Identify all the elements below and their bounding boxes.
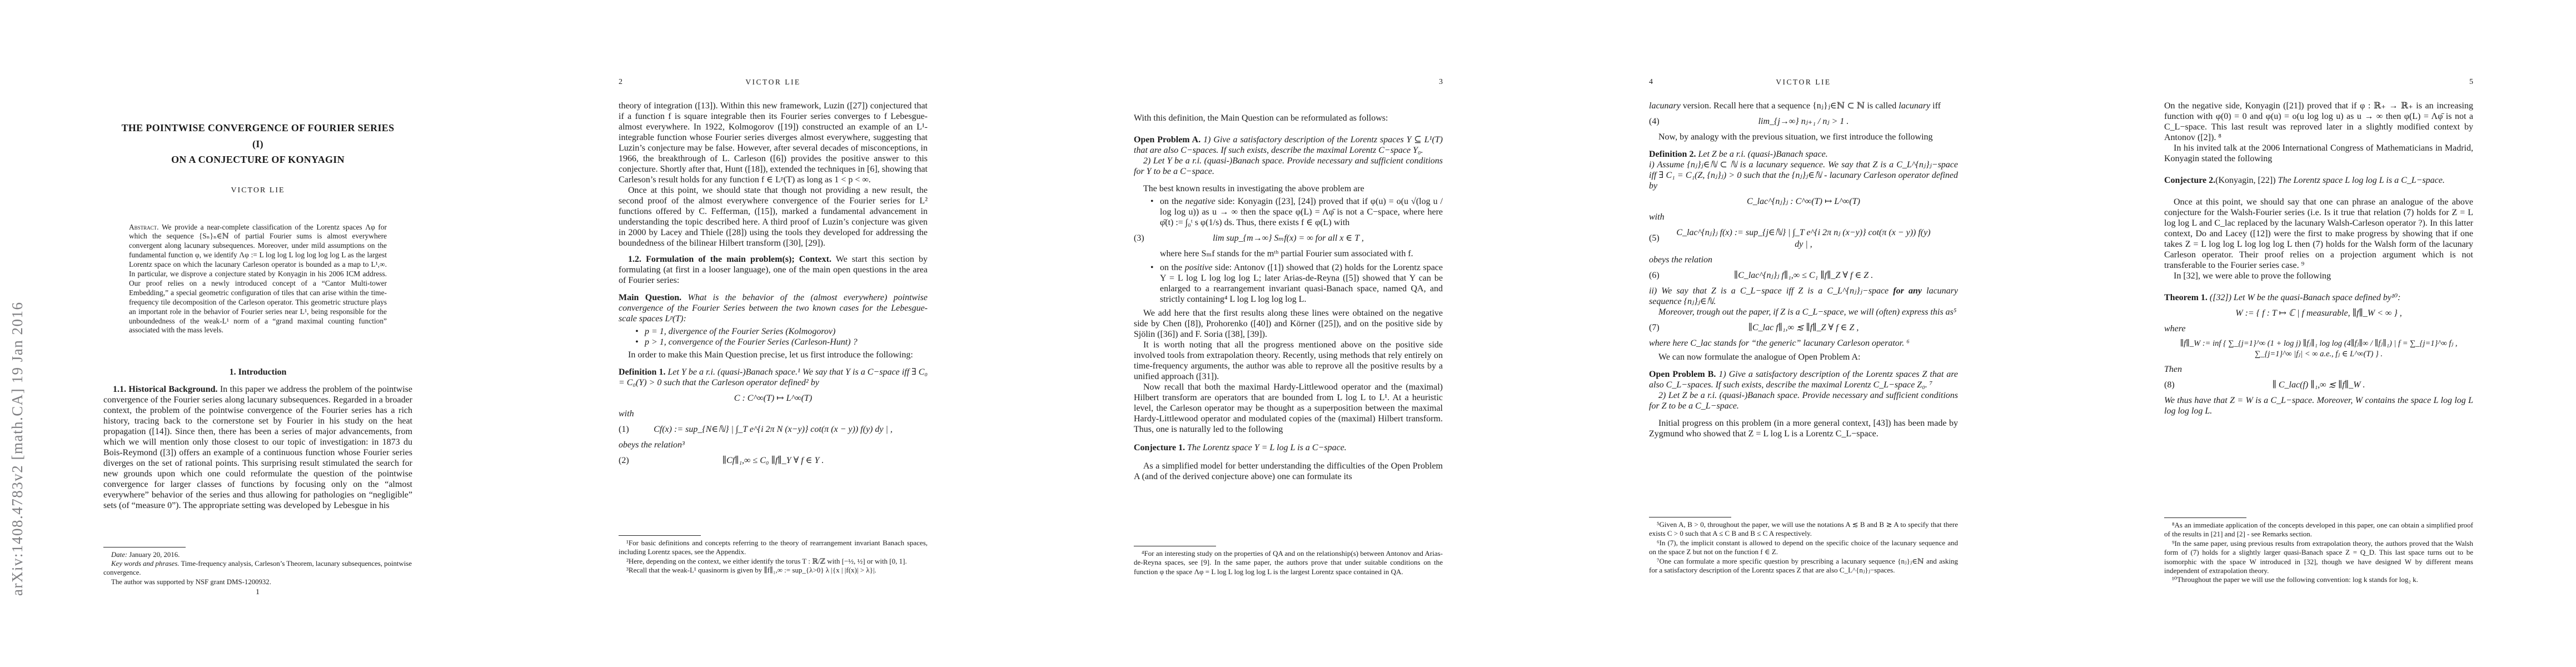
para-with-this-definition: With this definition, the Main Question … xyxy=(1134,113,1443,123)
para-theory-of-integration: theory of integration ([13]). Within thi… xyxy=(619,101,928,185)
lacunary-end: iff xyxy=(1930,101,1941,111)
equation-w-definition-body: W := { f : T ↦ ℂ | f measurable, ∥f∥_W <… xyxy=(2164,307,2473,319)
equation-3-body: lim sup_{m→∞} Sₘf(x) = ∞ for all x ∈ T , xyxy=(1134,232,1443,244)
bullet-positive-em: positive xyxy=(1185,263,1213,272)
equation-6: (6)∥C_lac^{nⱼ}ⱼ f∥₁,∞ ≤ C₁ ∥f∥_Z ∀ f ∈ Z… xyxy=(1649,270,1958,281)
arxiv-stamp: arXiv:1408.4783v2 [math.CA] 19 Jan 2016 xyxy=(9,302,26,596)
lacunary-em-2: lacunary xyxy=(1899,101,1930,111)
equation-8: (8)∥ C_lac(f) ∥₁,∞ ≲ ∥f∥_W . xyxy=(2164,379,2473,391)
equation-carleson-map-body: C : C^∞(T) ↦ L^∞(T) xyxy=(619,392,928,404)
word-then: Then xyxy=(2164,364,2473,375)
equation-4-number: (4) xyxy=(1649,117,1660,127)
bullet-negative-em: negative xyxy=(1185,197,1215,206)
results-bullets: on the negative side: Konyagin ([23], [2… xyxy=(1134,196,1443,305)
bullet-positive-side: on the positive side: Antonov ([1]) show… xyxy=(1150,262,1443,305)
subsection-1-1-text: In this paper we address the problem of … xyxy=(103,385,412,510)
open-problem-b: Open Problem B. 1) Give a satisfactory d… xyxy=(1649,369,1958,390)
page-3: 3 With this definition, the Main Questio… xyxy=(1030,0,1546,667)
equation-6-body: ∥C_lac^{nⱼ}ⱼ f∥₁,∞ ≤ C₁ ∥f∥_Z ∀ f ∈ Z . xyxy=(1649,270,1958,281)
equation-1: (1)Cf(x) := sup_{N∈ℕ} | ∫_T e^{i 2π N (x… xyxy=(619,424,928,435)
para-best-known-results: The best known results in investigating … xyxy=(1134,183,1443,194)
page-number-1: 1 xyxy=(0,588,515,597)
para-we-can-now-formulate: We can now formulate the analogue of Ope… xyxy=(1649,352,1958,362)
equation-8-body: ∥ C_lac(f) ∥₁,∞ ≲ ∥f∥_W . xyxy=(2164,379,2473,391)
keywords-line: Key words and phrases. Time-frequency an… xyxy=(103,559,412,577)
para-initial-progress: Initial progress on this problem (in a m… xyxy=(1649,418,1958,439)
footnote-6: ⁶In (7), the implicit constant is allowe… xyxy=(1649,539,1958,557)
open-problem-a-part2: 2) Let Y be a r.i. (quasi-)Banach space.… xyxy=(1134,156,1443,177)
part-ii-for-any: for any xyxy=(1893,286,1922,296)
bullet-negative-pre: on the xyxy=(1160,197,1185,206)
page-2-footnotes: ¹For basic definitions and concepts refe… xyxy=(619,535,928,575)
definition-2-label: Definition 2. xyxy=(1649,150,1696,159)
para-now-recall: Now recall that both the maximal Hardy-L… xyxy=(1134,382,1443,435)
word-where: where xyxy=(2164,323,2473,334)
equation-3: (3)lim sup_{m→∞} Sₘf(x) = ∞ for all x ∈ … xyxy=(1134,232,1443,244)
footnote-rule xyxy=(2164,517,2246,518)
main-question-bullets: p = 1, divergence of the Fourier Series … xyxy=(619,326,928,347)
page-5-content: On the negative side, Konyagin ([21]) pr… xyxy=(2164,0,2473,416)
bullet-p-equals-1: p = 1, divergence of the Fourier Series … xyxy=(635,326,928,337)
conjecture-2-attribution: (Konyagin, [22]) xyxy=(2215,176,2275,185)
footnote-5: ⁵Given A, B > 0, throughout the paper, w… xyxy=(1649,520,1958,539)
equation-4: (4)lim_{j→∞} nⱼ₊₁ / nⱼ > 1 . xyxy=(1649,116,1958,127)
footnote-rule xyxy=(1649,517,1731,517)
equation-1-body: Cf(x) := sup_{N∈ℕ} | ∫_T e^{i 2π N (x−y)… xyxy=(619,424,928,435)
footnote-1: ¹For basic definitions and concepts refe… xyxy=(619,539,928,557)
equation-1-number: (1) xyxy=(619,425,629,435)
equation-5: (5)C_lac^{nⱼ}ⱼ f(x) := sup_{j∈ℕ} | ∫_T e… xyxy=(1649,227,1958,250)
page-4-footnotes: ⁵Given A, B > 0, throughout the paper, w… xyxy=(1649,517,1958,575)
date-text: January 20, 2016. xyxy=(127,551,180,559)
definition-2-part-ii: ii) We say that Z is a C_L−space iff Z i… xyxy=(1649,286,1958,307)
equation-w-norm-body: ∥f∥_W := inf { ∑_{j=1}^∞ (1 + log j) ∥fⱼ… xyxy=(2164,339,2473,360)
para-we-thus-have: We thus have that Z = W is a C_L−space. … xyxy=(2164,395,2473,416)
footnote-4: ⁴For an interesting study on the propert… xyxy=(1134,549,1443,576)
para-we-add-here: We add here that the first results along… xyxy=(1134,308,1443,340)
section-heading-introduction: 1. Introduction xyxy=(103,367,412,377)
footnote-rule xyxy=(1134,546,1216,546)
subsection-1-2-label: 1.2. Formulation of the main problem(s);… xyxy=(628,255,831,264)
date-line: Date: January 20, 2016. xyxy=(103,550,412,559)
page-1-footer: Date: January 20, 2016. Key words and ph… xyxy=(103,547,412,586)
bullet-negative-side: on the negative side: Konyagin ([23], [2… xyxy=(1150,196,1443,228)
conjecture-1-text: The Lorentz space Y = L log L is a C−spa… xyxy=(1185,443,1347,452)
abstract-text: We provide a near-complete classificatio… xyxy=(129,223,387,335)
equation-w-definition: W := { f : T ↦ ℂ | f measurable, ∥f∥_W <… xyxy=(2164,307,2473,319)
equation-6-number: (6) xyxy=(1649,271,1660,281)
equation-3-number: (3) xyxy=(1134,233,1144,243)
definition-2-text: Let Z be a r.i. (quasi-)Banach space. xyxy=(1696,150,1827,159)
footnote-7: ⁷One can formulate a more specific quest… xyxy=(1649,557,1958,575)
equation-4-body: lim_{j→∞} nⱼ₊₁ / nⱼ > 1 . xyxy=(1649,116,1958,127)
page-1: arXiv:1408.4783v2 [math.CA] 19 Jan 2016 … xyxy=(0,0,515,667)
para-walsh-analogue: Once at this point, we should say that o… xyxy=(2164,197,2473,271)
conjecture-1-label: Conjecture 1. xyxy=(1134,443,1185,452)
conjecture-1: Conjecture 1. The Lorentz space Y = L lo… xyxy=(1134,442,1443,453)
footnote-10: ¹⁰Throughout the paper we will use the f… xyxy=(2164,575,2473,584)
equation-7-body: ∥C_lac f∥₁,∞ ≲ ∥f∥_Z ∀ f ∈ Z , xyxy=(1649,322,1958,333)
para-by-analogy: Now, by analogy with the previous situat… xyxy=(1649,132,1958,142)
footnote-3: ³Recall that the weak-L¹ quasinorm is gi… xyxy=(619,566,928,575)
equation-2-number: (2) xyxy=(619,456,629,466)
bullet-negative-continuation: where here Sₘf stands for the mᵗʰ partia… xyxy=(1150,248,1443,259)
para-in-order-to-make: In order to make this Main Question prec… xyxy=(619,350,928,360)
equation-7-number: (7) xyxy=(1649,323,1660,333)
para-worth-noting: It is worth noting that all the progress… xyxy=(1134,340,1443,382)
para-once-at-this-point: Once at this point, we should state that… xyxy=(619,185,928,248)
bullet-p-greater-1: p > 1, convergence of the Fourier Series… xyxy=(635,337,928,347)
lacunary-em-1: lacunary xyxy=(1649,101,1681,111)
equation-2: (2)∥Cf∥₁,∞ ≤ C₀ ∥f∥_Y ∀ f ∈ Y . xyxy=(619,455,928,466)
page-2: 2 VICTOR LIE theory of integration ([13]… xyxy=(515,0,1030,667)
para-invited-talk: In his invited talk at the 2006 Internat… xyxy=(2164,143,2473,164)
footnote-2: ²Here, depending on the context, we eith… xyxy=(619,557,928,566)
open-problem-a: Open Problem A. 1) Give a satisfactory d… xyxy=(1134,135,1443,156)
page-5-footnotes: ⁸As an immediate application of the conc… xyxy=(2164,517,2473,585)
word-with: with xyxy=(619,409,928,419)
page-3-content: With this definition, the Main Question … xyxy=(1134,0,1443,482)
theorem-1: Theorem 1. ([32]) Let W be the quasi-Ban… xyxy=(2164,292,2473,303)
page-1-content: THE POINTWISE CONVERGENCE OF FOURIER SER… xyxy=(103,0,412,511)
definition-2-part-i: i) Assume {nⱼ}ⱼ∈ℕ ⊂ ℕ is a lacunary sequ… xyxy=(1649,160,1958,191)
definition-1-text: Let Y be a r.i. (quasi-)Banach space.¹ W… xyxy=(619,367,928,387)
equation-lacunary-map-body: C_lac^{nⱼ}ⱼ : C^∞(T) ↦ L^∞(T) xyxy=(1649,196,1958,207)
author-name: VICTOR LIE xyxy=(103,186,412,195)
page-4: 4 VICTOR LIE lacunary version. Recall he… xyxy=(1546,0,2061,667)
footnote-9: ⁹In the same paper, using previous resul… xyxy=(2164,539,2473,576)
para-lacunary-version: lacunary version. Recall here that a seq… xyxy=(1649,101,1958,111)
open-problem-b-part2: 2) Let Z be a r.i. (quasi-)Banach space.… xyxy=(1649,390,1958,411)
equation-lacunary-map: C_lac^{nⱼ}ⱼ : C^∞(T) ↦ L^∞(T) xyxy=(1649,196,1958,207)
para-in-32: In [32], we were able to prove the follo… xyxy=(2164,271,2473,281)
word-with: with xyxy=(1649,212,1958,222)
para-moreover: Moreover, trough out the paper, if Z is … xyxy=(1649,307,1958,317)
title-line-3: ON A CONJECTURE OF KONYAGIN xyxy=(103,152,412,168)
part-ii-pre: ii) We say that Z is a C_L−space iff Z i… xyxy=(1649,286,1893,296)
page-4-content: lacunary version. Recall here that a seq… xyxy=(1649,0,1958,439)
main-question-label: Main Question. xyxy=(619,293,681,302)
para-simplified-model: As a simplified model for better underst… xyxy=(1134,461,1443,482)
para-historical-background: 1.1. Historical Background. In this pape… xyxy=(103,384,412,511)
paper-title: THE POINTWISE CONVERGENCE OF FOURIER SER… xyxy=(103,120,412,168)
abstract-label: Abstract. xyxy=(129,223,159,231)
definition-2: Definition 2. Let Z be a r.i. (quasi-)Ba… xyxy=(1649,149,1958,160)
open-problem-a-label: Open Problem A. xyxy=(1134,135,1200,145)
equation-2-body: ∥Cf∥₁,∞ ≤ C₀ ∥f∥_Y ∀ f ∈ Y . xyxy=(619,455,928,466)
conjecture-2-label: Conjecture 2. xyxy=(2164,176,2215,185)
support-line: The author was supported by NSF grant DM… xyxy=(103,578,412,586)
theorem-1-text: ([32]) Let W be the quasi-Banach space d… xyxy=(2208,293,2401,302)
subsection-1-1-label: 1.1. Historical Background. xyxy=(113,385,218,394)
abstract: Abstract. We provide a near-complete cla… xyxy=(129,223,387,336)
open-problem-b-label: Open Problem B. xyxy=(1649,370,1716,379)
equation-7: (7)∥C_lac f∥₁,∞ ≲ ∥f∥_Z ∀ f ∈ Z , xyxy=(1649,322,1958,333)
equation-carleson-map: C : C^∞(T) ↦ L^∞(T) xyxy=(619,392,928,404)
para-formulation: 1.2. Formulation of the main problem(s);… xyxy=(619,254,928,286)
definition-1: Definition 1. Let Y be a r.i. (quasi-)Ba… xyxy=(619,367,928,388)
date-label: Date: xyxy=(111,551,127,559)
title-line-2: (I) xyxy=(103,136,412,152)
equation-5-number: (5) xyxy=(1649,233,1660,243)
para-on-the-negative-side: On the negative side, Konyagin ([21]) pr… xyxy=(2164,101,2473,143)
footnote-rule xyxy=(619,535,701,536)
equation-w-norm: ∥f∥_W := inf { ∑_{j=1}^∞ (1 + log j) ∥fⱼ… xyxy=(2164,339,2473,360)
obeys-the-relation: obeys the relation xyxy=(1649,255,1958,265)
footnote-rule xyxy=(103,547,186,547)
page-2-content: theory of integration ([13]). Within thi… xyxy=(619,0,928,471)
page-5: 5 On the negative side, Konyagin ([21]) … xyxy=(2061,0,2576,667)
conjecture-2: Conjecture 2.(Konyagin, [22]) The Lorent… xyxy=(2164,175,2473,186)
main-question: Main Question. What is the behavior of t… xyxy=(619,292,928,324)
keywords-label: Key words and phrases. xyxy=(111,560,180,568)
paper-spread: arXiv:1408.4783v2 [math.CA] 19 Jan 2016 … xyxy=(0,0,2576,667)
page-3-footnotes: ⁴For an interesting study on the propert… xyxy=(1134,546,1443,576)
conjecture-2-text: The Lorentz space L log log L is a C_L−s… xyxy=(2276,176,2445,185)
para-where-here-clac: where here C_lac stands for “the generic… xyxy=(1649,338,1958,349)
theorem-1-label: Theorem 1. xyxy=(2164,293,2208,302)
title-line-1: THE POINTWISE CONVERGENCE OF FOURIER SER… xyxy=(103,120,412,136)
obeys-the-relation: obeys the relation³ xyxy=(619,440,928,450)
equation-8-number: (8) xyxy=(2164,380,2175,390)
bullet-positive-pre: on the xyxy=(1160,263,1185,272)
definition-1-label: Definition 1. xyxy=(619,367,665,377)
footnote-8: ⁸As an immediate application of the conc… xyxy=(2164,521,2473,539)
equation-5-body: C_lac^{nⱼ}ⱼ f(x) := sup_{j∈ℕ} | ∫_T e^{i… xyxy=(1649,227,1958,250)
lacunary-mid: version. Recall here that a sequence {nⱼ… xyxy=(1681,101,1899,111)
